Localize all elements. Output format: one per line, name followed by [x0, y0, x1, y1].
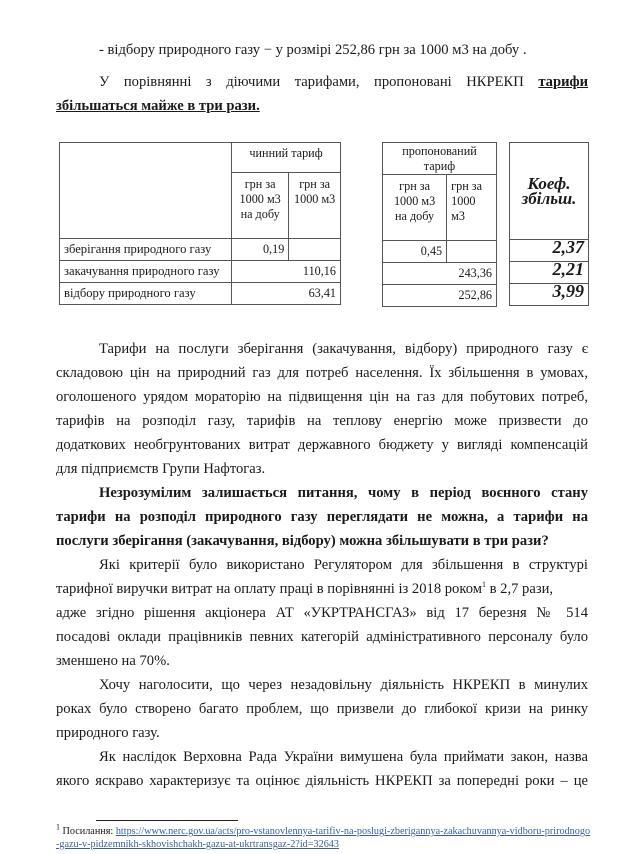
coefficient-header: Коеф. збільш. [510, 143, 589, 240]
current-unit-per-volume: грн за 1000 м3 [289, 173, 341, 239]
table-row: відбору природного газу 63,41 [60, 283, 341, 305]
proposed-unit-per-volume: грн за 1000 м3 [447, 175, 497, 241]
footnote-label: Посилання: [63, 826, 116, 837]
proposed-unit-per-day: грн за 1000 м3 на добу [383, 175, 447, 241]
comparison-line-2: збільшаться майже в три рази. [56, 97, 260, 115]
table-row: 243,36 [383, 263, 497, 285]
tariff-table-proposed: пропонований тариф грн за 1000 м3 на доб… [382, 142, 497, 307]
table-corner-cell [60, 143, 232, 239]
current-unit-per-day: грн за 1000 м3 на добу [232, 173, 289, 239]
table-row: закачування природного газу 110,16 [60, 261, 341, 283]
document-page: - відбору природного газу − у розмірі 25… [0, 0, 640, 854]
intro-line: - відбору природного газу − у розмірі 25… [99, 41, 527, 59]
table-row: 252,86 [383, 285, 497, 307]
table-row: 3,99 [510, 284, 589, 306]
tariff-table-coefficient: Коеф. збільш. 2,37 2,21 3,99 [509, 142, 589, 306]
footnote-link[interactable]: https://www.nerc.gov.ua/acts/pro-vstanov… [56, 826, 590, 850]
table-row: зберігання природного газу 0,19 [60, 239, 341, 261]
emphasis-tariffs: тарифи [538, 74, 588, 90]
current-tariff-header: чинний тариф [232, 143, 341, 173]
comparison-line-1: У порівнянні з діючими тарифами, пропоно… [56, 73, 588, 91]
footnote: 1 Посилання: https://www.nerc.gov.ua/act… [56, 825, 592, 851]
proposed-tariff-header: пропонований тариф [383, 143, 497, 175]
tariff-table-current: чинний тариф грн за 1000 м3 на добу грн … [59, 142, 341, 305]
footnote-separator [96, 820, 238, 821]
table-row: 0,45 [383, 241, 497, 263]
footnote-mark: 1 [56, 823, 60, 832]
